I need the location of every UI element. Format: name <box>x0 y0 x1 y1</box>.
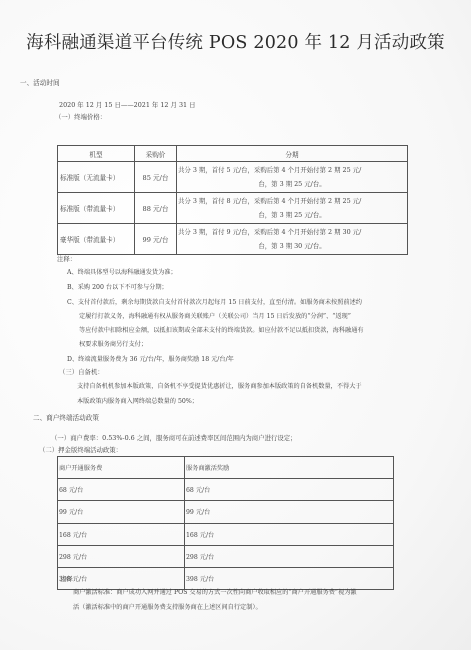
merchant-fee-cell: 168 元/台 <box>58 523 185 545</box>
table-row: 豪华版（带流量卡） 99 元/台 共分 3 期，首付 9 元/台，采购后第 4 … <box>58 224 408 255</box>
table-header-row: 商户开通服务费 服务商激活奖励 <box>58 457 394 479</box>
activity-date-range: 2020 年 12 月 15 日——2021 年 12 月 31 日 <box>59 100 196 109</box>
installment-line: 台，第 3 期 30 元/台。 <box>178 239 406 253</box>
terminal-price-heading: （一）终端价格： <box>55 112 106 121</box>
header-activation-reward: 服务商激活奖励 <box>185 457 394 479</box>
activation-reward-cell: 298 元/台 <box>185 545 394 567</box>
note-c-line4: 权要求服务商另行支付； <box>79 338 147 351</box>
section2-heading: 二、商户终端活动政策 <box>33 412 99 422</box>
header-merchant-fee: 商户开通服务费 <box>58 457 185 479</box>
activation-note-line1: 商户激活标准：商户成功入网并通过 POS 交易的方式一次性向商户收取相应的“商户… <box>73 586 357 599</box>
table-row: 168 元/台 168 元/台 <box>58 523 394 545</box>
activation-reward-cell: 99 元/台 <box>185 501 394 523</box>
installment-line: 共分 3 期，首付 8 元/台，采购后第 4 个月开始付第 2 期 25 元/ <box>178 194 406 208</box>
table-row: 标准版（无流量卡） 85 元/台 共分 3 期，首付 5 元/台，采购后第 4 … <box>58 162 408 193</box>
price-cell: 88 元/台 <box>135 193 177 224</box>
table-header-row: 机型 采购价 分期 <box>58 146 408 162</box>
merchant-fee-cell: 99 元/台 <box>58 501 185 523</box>
activation-reward-cell: 68 元/台 <box>185 479 394 501</box>
self-owned-line1: 支持自备机机参加本版政策，自备机不享受提货优惠折让，服务商参加本版政策的自备机数… <box>77 380 362 393</box>
self-owned-line2: 本版政策内服务商入网终端总数量的 50%； <box>77 395 198 408</box>
notes-label-2: 注释： <box>60 574 79 583</box>
installment-line: 台，第 3 期 25 元/台。 <box>178 177 406 191</box>
installment-cell: 共分 3 期，首付 8 元/台，采购后第 4 个月开始付第 2 期 25 元/ … <box>177 193 408 224</box>
installment-cell: 共分 3 期，首付 9 元/台，采购后第 4 个月开始付第 2 期 30 元/ … <box>177 224 408 255</box>
section1-heading: 一、活动时间 <box>20 77 60 87</box>
note-c-line1: C、支付首付款后，剩余每期货款自支付首付款次月起每月 15 日前支付，直至付清。… <box>67 296 362 309</box>
activation-reward-cell: 168 元/台 <box>185 523 394 545</box>
model-cell: 标准版（无流量卡） <box>58 162 135 193</box>
installment-cell: 共分 3 期，首付 5 元/台，采购后第 4 个月开始付第 2 期 25 元/ … <box>177 162 408 193</box>
model-cell: 标准版（带流量卡） <box>58 193 135 224</box>
note-b: B、采购 200 台以下不可参与分期； <box>67 281 168 294</box>
installment-line: 共分 3 期，首付 9 元/台，采购后第 4 个月开始付第 2 期 30 元/ <box>178 225 406 239</box>
table-row: 68 元/台 68 元/台 <box>58 479 394 501</box>
model-cell: 豪华版（带流量卡） <box>58 224 135 255</box>
note-c-line2: 定履行打款义务，海科融通有权从服务商关联账户（关联公司）当月 15 日后发放的“… <box>79 310 351 323</box>
note-c-line3: 等应付款中扣除相应金额，以抵扣该期或全部未支付的终端货款。如应付款不足以抵扣货款… <box>79 324 364 337</box>
merchant-rate-text: （一）商户费率：0.53%-0.6 之间，服务商可在前述费率区间范围内为商户进行… <box>51 433 297 442</box>
table-row: 298 元/台 298 元/台 <box>58 545 394 567</box>
merchant-fee-cell: 298 元/台 <box>58 545 185 567</box>
activation-note-line2: 活（激活标准中的商户开通服务费支持服务商在上述区间自行定制）。 <box>73 601 262 614</box>
installment-line: 台，第 3 期 25 元/台。 <box>178 208 406 222</box>
document-page: 海科融通渠道平台传统 POS 2020 年 12 月活动政策 一、活动时间 20… <box>0 0 471 650</box>
header-model: 机型 <box>58 146 135 162</box>
header-price: 采购价 <box>135 146 177 162</box>
table-row: 99 元/台 99 元/台 <box>58 501 394 523</box>
deposit-policy-heading: （二）押金版终端活动政策： <box>39 445 122 454</box>
merchant-fee-cell: 68 元/台 <box>58 479 185 501</box>
installment-line: 共分 3 期，首付 5 元/台，采购后第 4 个月开始付第 2 期 25 元/ <box>178 163 406 177</box>
price-cell: 99 元/台 <box>135 224 177 255</box>
header-installment: 分期 <box>177 146 408 162</box>
price-cell: 85 元/台 <box>135 162 177 193</box>
deposit-policy-table: 商户开通服务费 服务商激活奖励 68 元/台 68 元/台 99 元/台 99 … <box>57 456 394 590</box>
self-owned-heading: （三）自备机： <box>59 367 104 376</box>
terminal-price-table: 机型 采购价 分期 标准版（无流量卡） 85 元/台 共分 3 期，首付 5 元… <box>57 145 408 255</box>
document-title: 海科融通渠道平台传统 POS 2020 年 12 月活动政策 <box>0 29 471 54</box>
table-row: 标准版（带流量卡） 88 元/台 共分 3 期，首付 8 元/台，采购后第 4 … <box>58 193 408 224</box>
note-d: D、终端流量服务费为 36 元/台/年，服务商奖励 18 元/台/年 <box>67 353 234 366</box>
note-a: A、终端具体型号以海科融通发货为准； <box>67 266 177 279</box>
notes-label: 注释： <box>57 254 76 263</box>
